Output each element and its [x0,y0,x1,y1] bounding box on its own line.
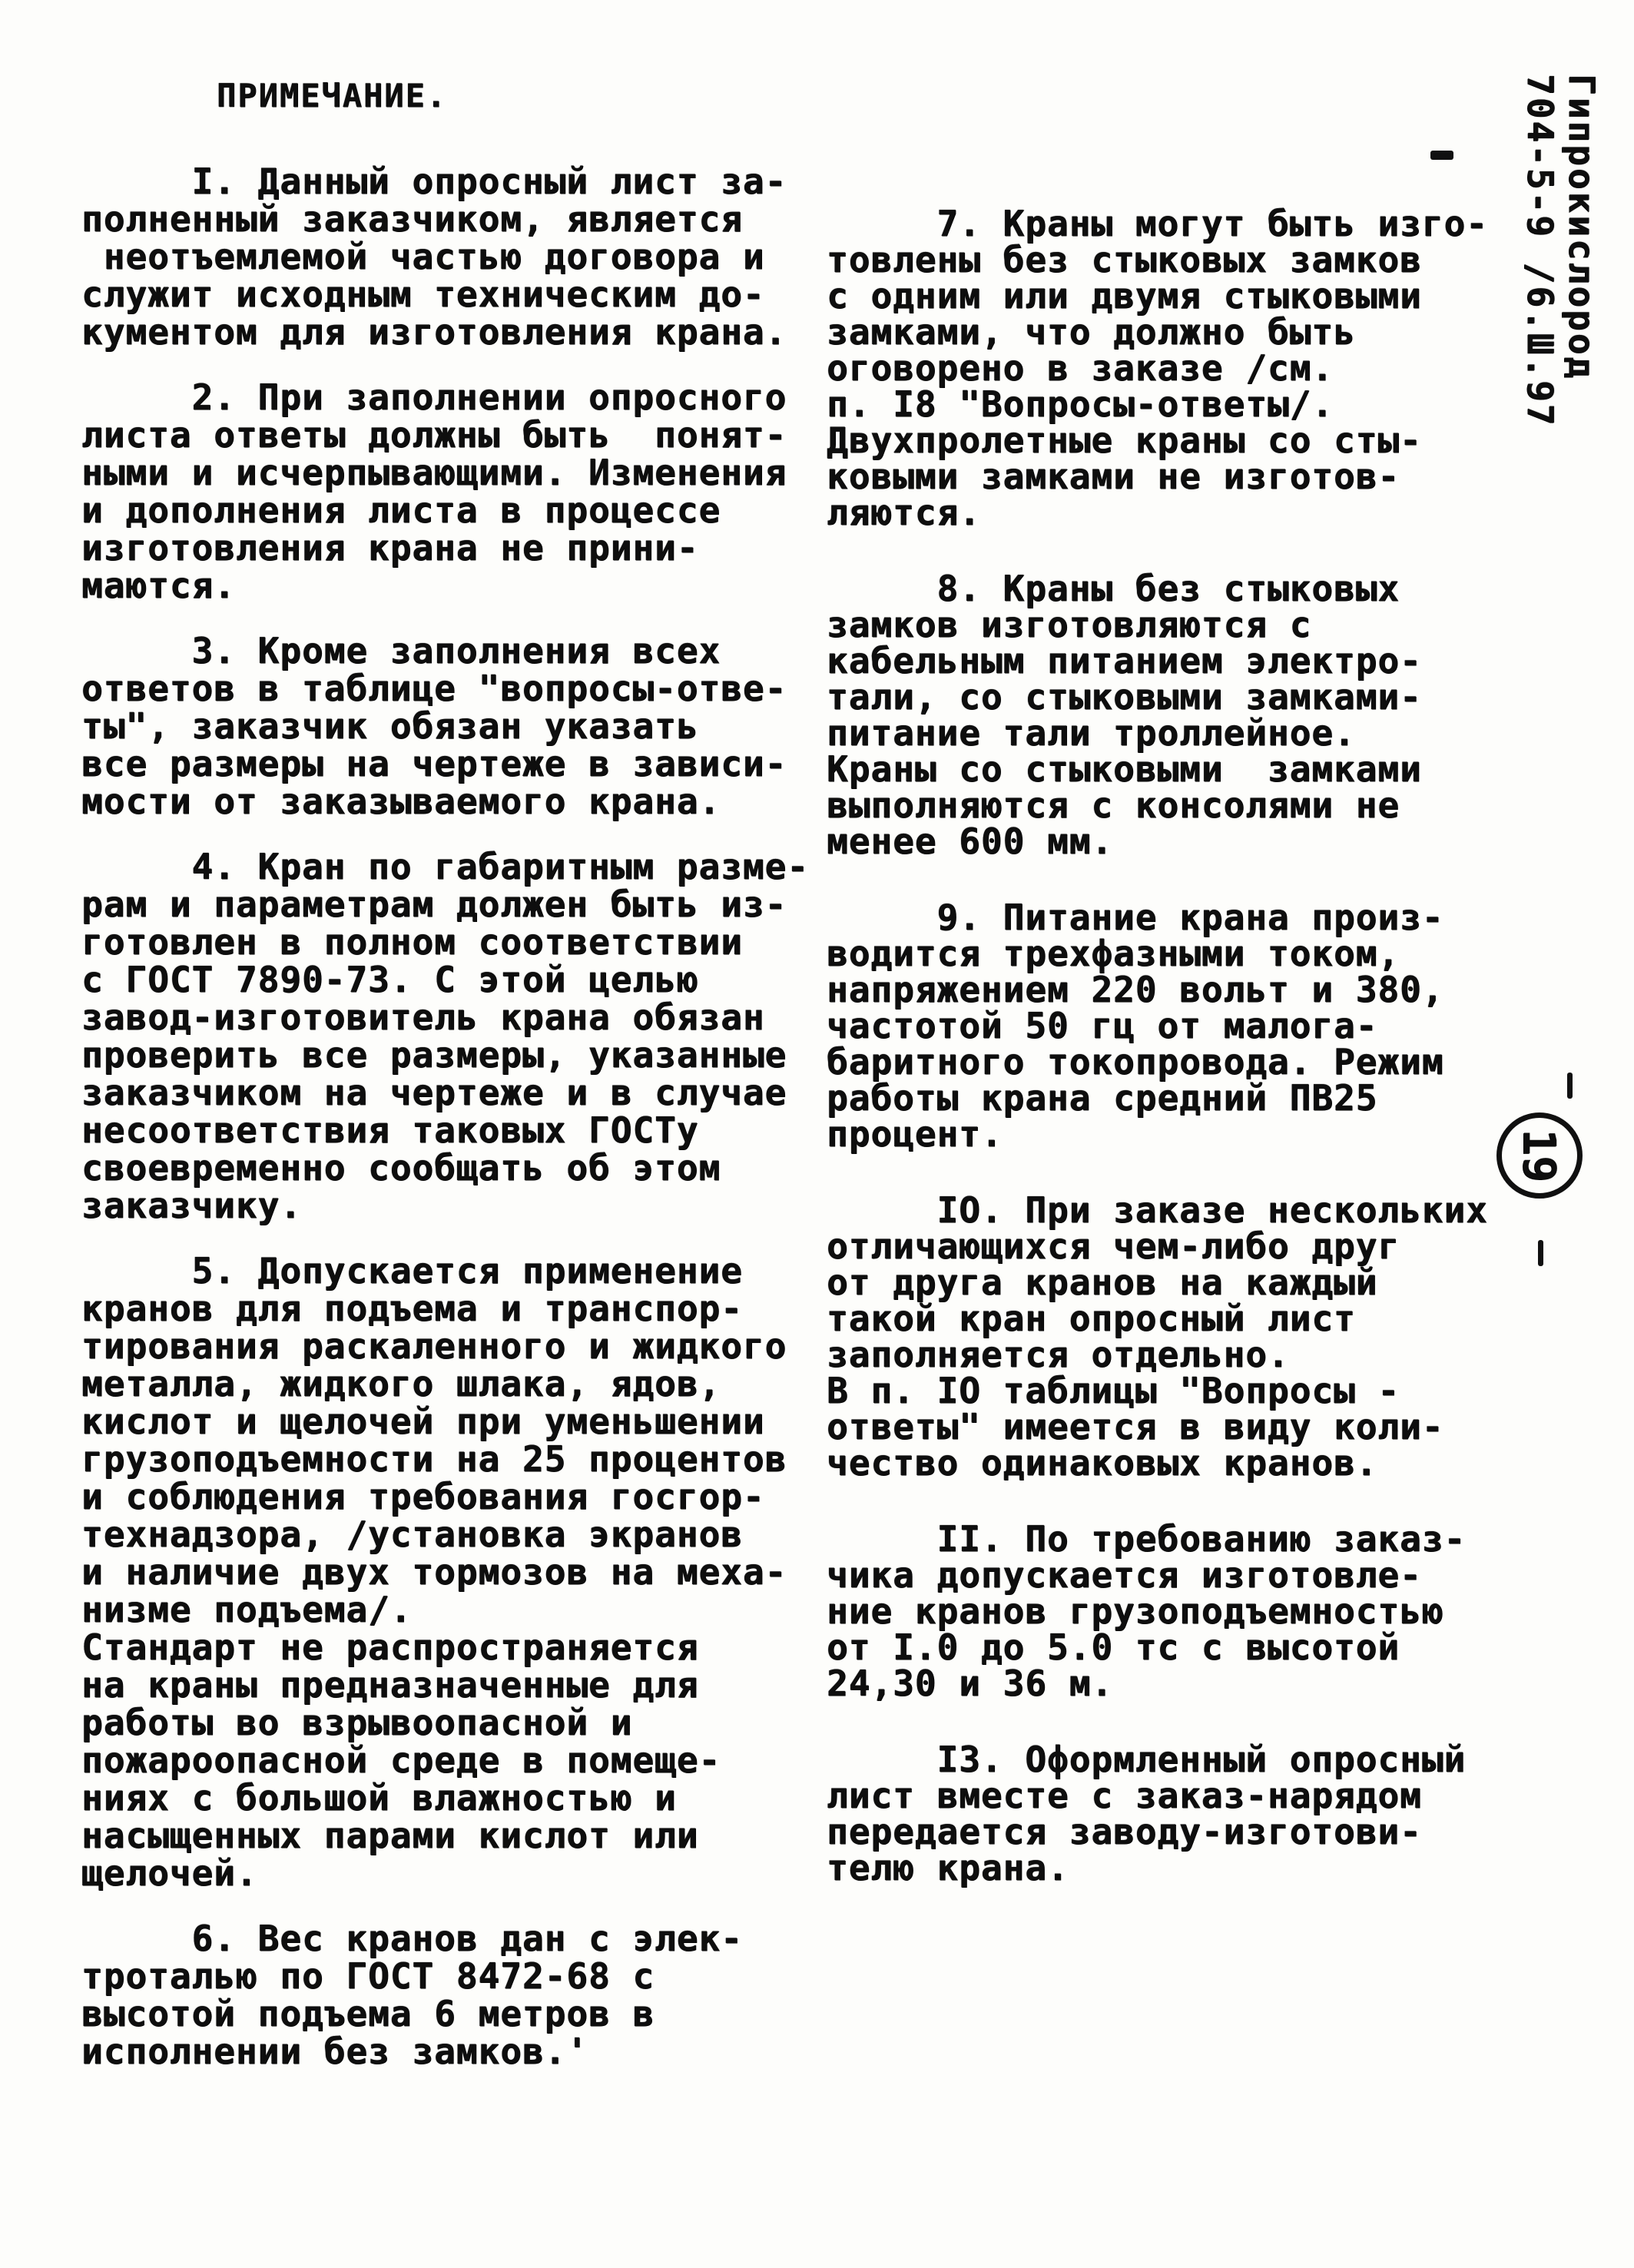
note-paragraph-11: II. По требованию заказ- чика допускаетс… [827,1521,1533,1702]
note-paragraph-9: 9. Питание крана произ- водится трехфазн… [827,900,1533,1152]
page-number-badge: 19 [1496,1112,1583,1199]
margin-dash-mark [1430,151,1453,160]
note-paragraph-10: IO. При заказе нескольких отличающихся ч… [827,1192,1533,1481]
document-page: Гипрокислород 704-5-9 /6.Ш.97 ПРИМЕЧАНИЕ… [0,0,1634,2268]
doc-series-line1: Гипрокислород [1561,74,1603,489]
note-paragraph-1: I. Данный опросный лист за- полненный за… [81,163,819,351]
note-paragraph-5: 5. Допускается применение кранов для под… [81,1252,819,1892]
note-paragraph-8: 8. Краны без стыковых замков изготовляют… [827,571,1533,860]
page-number: 19 [1513,1129,1566,1182]
column-left: I. Данный опросный лист за- полненный за… [81,163,819,2098]
column-right: 7. Краны могут быть изго- товлены без ст… [827,206,1533,1926]
note-paragraph-13: I3. Оформленный опросный лист вместе с з… [827,1742,1533,1886]
page-title: ПРИМЕЧАНИЕ. [217,77,447,114]
note-paragraph-3: 3. Кроме заполнения всех ответов в табли… [81,632,819,821]
margin-tick-bottom [1538,1240,1543,1266]
margin-tick-top [1567,1073,1573,1099]
note-paragraph-7: 7. Краны могут быть изго- товлены без ст… [827,206,1533,531]
note-paragraph-2: 2. При заполнении опросного листа ответы… [81,379,819,605]
note-paragraph-6: 6. Вес кранов дан с элек- троталью по ГО… [81,1920,819,2071]
note-paragraph-4: 4. Кран по габаритным разме- рам и парам… [81,848,819,1225]
